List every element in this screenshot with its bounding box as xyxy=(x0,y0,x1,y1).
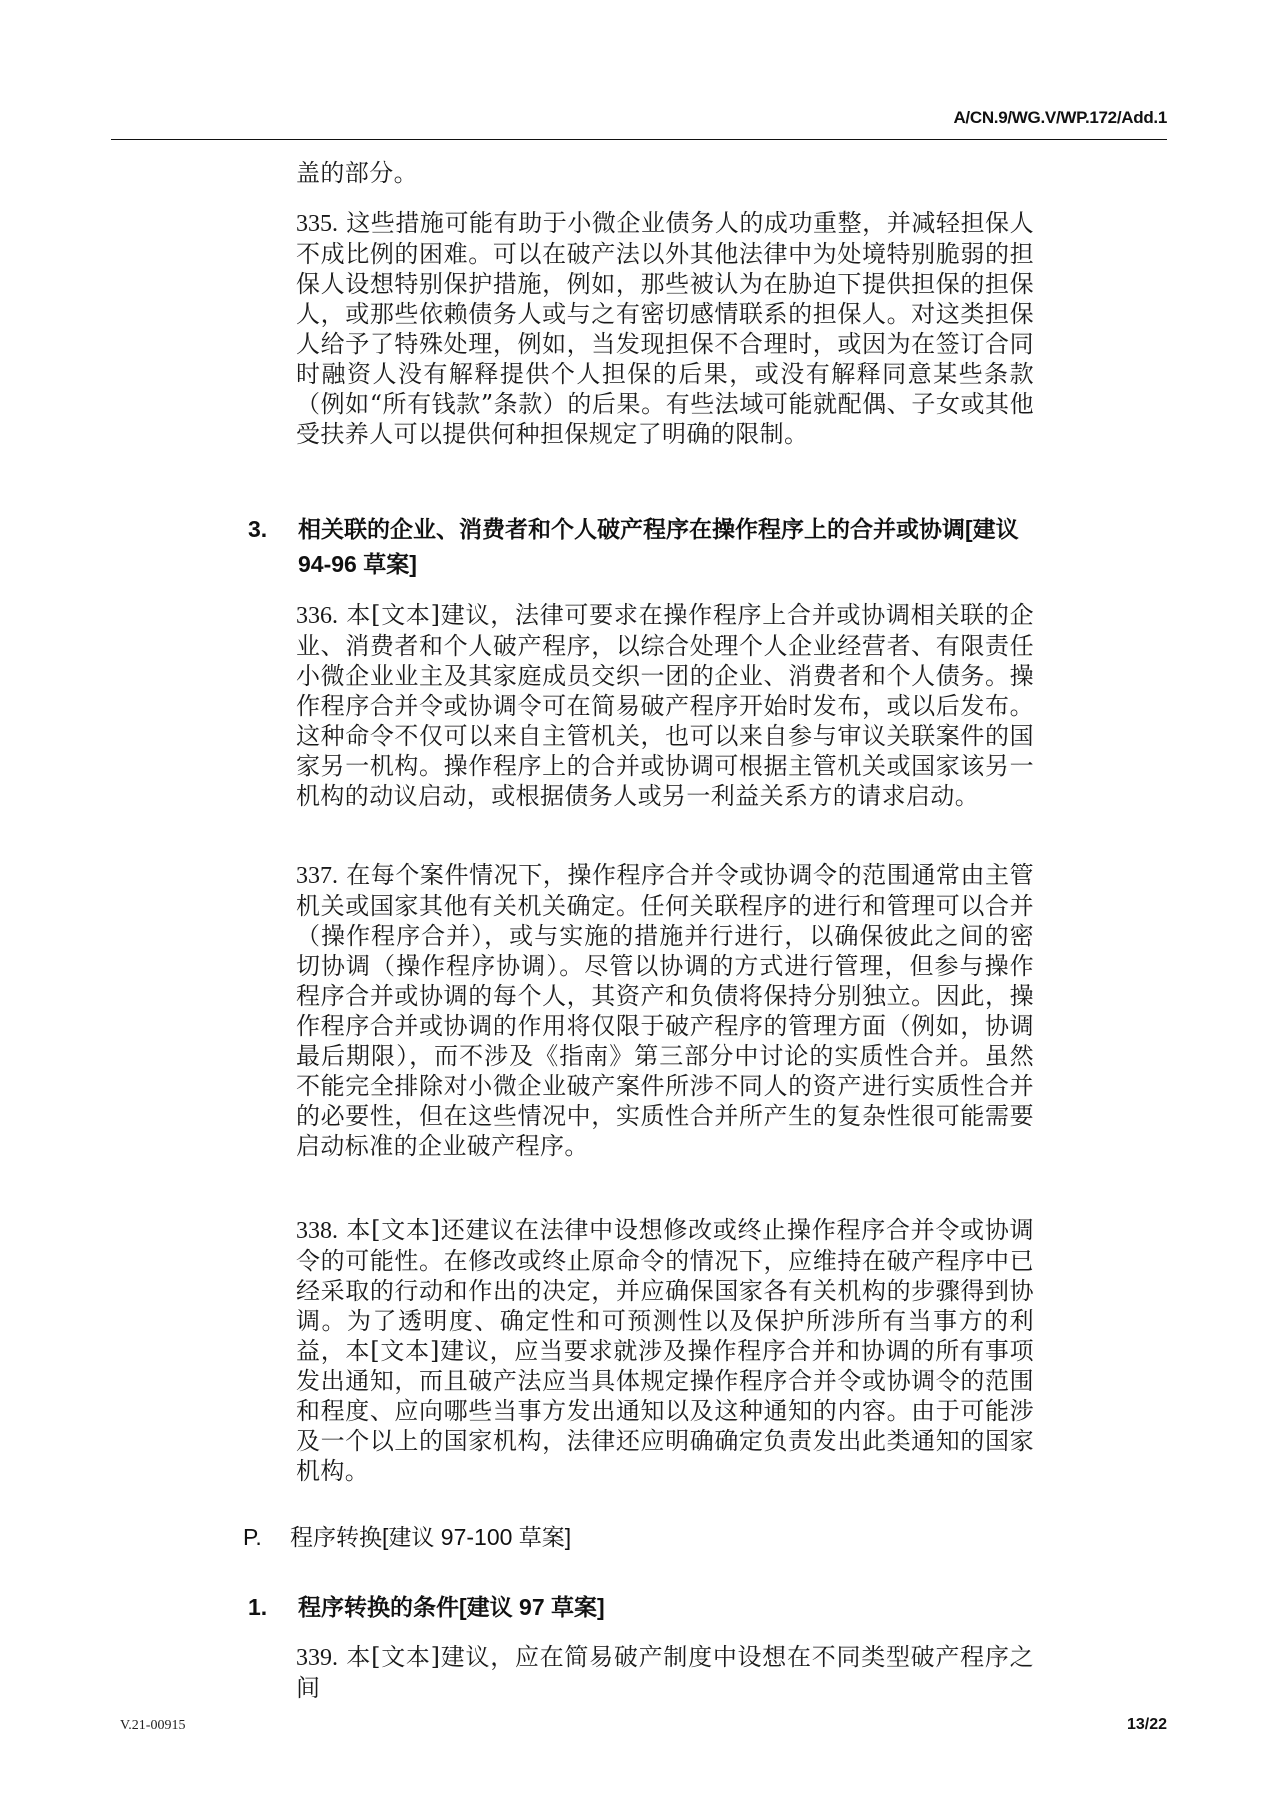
continuation-paragraph: 盖的部分。 xyxy=(296,158,1034,188)
heading-text: 相关联的企业、消费者和个人破产程序在操作程序上的合并或协调[建议 94-96 草… xyxy=(298,512,1036,582)
paragraph-335: 335. 这些措施可能有助于小微企业债务人的成功重整，并减轻担保人不成比例的困难… xyxy=(296,208,1034,449)
paragraph-text: 本[文本]建议，法律可要求在操作程序上合并或协调相关联的企业、消费者和个人破产程… xyxy=(296,601,1034,810)
header-rule xyxy=(111,139,1167,140)
paragraph-number: 336. xyxy=(296,603,338,629)
continuation-text: 盖的部分。 xyxy=(296,158,1034,188)
paragraph-number: 337. xyxy=(296,863,338,889)
paragraph-number: 335. xyxy=(296,211,338,237)
paragraph-text: 本[文本]还建议在法律中设想修改或终止操作程序合并令或协调令的可能性。在修改或终… xyxy=(296,1216,1034,1485)
page-number: 13/22 xyxy=(1127,1716,1167,1734)
section-heading-1: 1. 程序转换的条件[建议 97 草案] xyxy=(248,1590,1048,1625)
paragraph-337: 337. 在每个案件情况下，操作程序合并令或协调令的范围通常由主管机关或国家其他… xyxy=(296,860,1034,1161)
heading-text: 程序转换的条件[建议 97 草案] xyxy=(298,1590,1036,1625)
paragraph-336: 336. 本[文本]建议，法律可要求在操作程序上合并或协调相关联的企业、消费者和… xyxy=(296,600,1034,811)
document-symbol: A/CN.9/WG.V/WP.172/Add.1 xyxy=(953,108,1167,128)
job-number: V.21-00915 xyxy=(120,1718,185,1734)
paragraph-number: 338. xyxy=(296,1218,338,1244)
paragraph-text: 这些措施可能有助于小微企业债务人的成功重整，并减轻担保人不成比例的困难。可以在破… xyxy=(296,209,1034,448)
section-heading-P: P. 程序转换[建议 97-100 草案] xyxy=(243,1520,1043,1555)
section-heading-3: 3. 相关联的企业、消费者和个人破产程序在操作程序上的合并或协调[建议 94-9… xyxy=(248,512,1038,584)
paragraph-339: 339. 本[文本]建议，应在简易破产制度中设想在不同类型破产程序之间 xyxy=(296,1642,1034,1703)
heading-letter: P. xyxy=(243,1520,262,1555)
heading-text: 程序转换[建议 97-100 草案] xyxy=(290,1520,1030,1555)
paragraph-338: 338. 本[文本]还建议在法律中设想修改或终止操作程序合并令或协调令的可能性。… xyxy=(296,1215,1034,1486)
paragraph-number: 339. xyxy=(296,1645,338,1671)
heading-number: 1. xyxy=(248,1590,267,1625)
paragraph-text: 本[文本]建议，应在简易破产制度中设想在不同类型破产程序之间 xyxy=(296,1643,1034,1702)
paragraph-text: 在每个案件情况下，操作程序合并令或协调令的范围通常由主管机关或国家其他有关机关确… xyxy=(296,861,1034,1160)
heading-number: 3. xyxy=(248,512,267,547)
